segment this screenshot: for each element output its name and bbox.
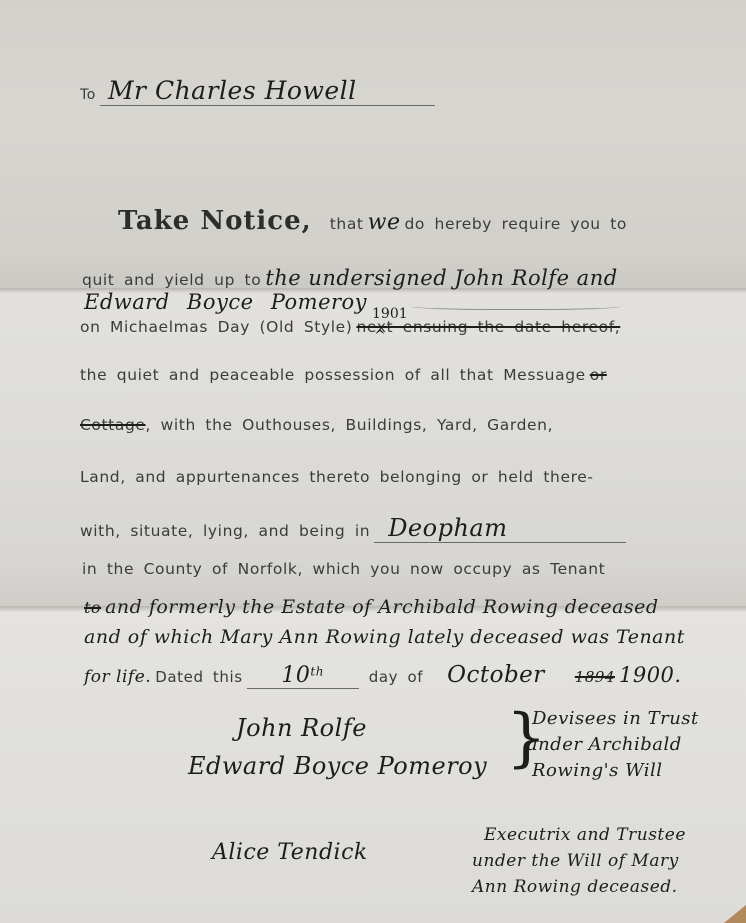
printed-text: do hereby require you to [404,215,627,233]
role-line: Ann Rowing deceased. [472,874,686,900]
body-line-2: quit and yield up to the undersigned Joh… [82,266,618,290]
handwritten-landlords-cont: Edward Boyce Pomeroy [84,290,367,314]
struck-text: or [590,366,607,384]
caret-mark-icon: ^ [374,328,386,344]
body-line-3: Edward Boyce Pomeroy [84,290,621,314]
role-line: under Archibald [526,732,699,758]
wavy-fill-line [411,301,621,310]
devisees-role: Devisees in Trust under Archibald Rowing… [532,706,699,784]
signature: John Rolfe [236,714,367,742]
printed-text: Land, and appurtenances thereto belongin… [80,468,594,486]
handwritten-landlords: the undersigned John Rolfe and [265,266,617,290]
addressee-name: Mr Charles Howell [100,76,357,105]
place-field: Deopham [374,514,626,543]
struck-text: Cottage [80,416,146,434]
notice-heading-line: Take Notice, that we do hereby require y… [118,206,627,236]
struck-year: 1894 [575,668,615,686]
handwritten-for-life: for life. [84,667,151,687]
handwritten-text: we [368,210,401,235]
day-field: 10th [247,663,359,689]
inserted-year: 1901 [372,306,408,322]
struck-text: to [84,598,101,617]
dated-day: 10 [281,663,310,688]
role-line: under the Will of Mary [472,848,686,874]
signature: Alice Tendick [212,840,368,865]
signature-executrix: Alice Tendick [212,840,368,865]
role-line: Devisees in Trust [532,706,699,732]
handwritten-place: Deopham [374,514,507,542]
addressee-prefix: To [80,87,96,103]
body-line-8: with, situate, lying, and being in Deoph… [80,514,626,543]
role-line: Rowing's Will [532,758,699,784]
signature-john-rolfe: John Rolfe [236,714,367,742]
paper-document: To Mr Charles Howell Take Notice, that w… [0,0,746,923]
body-line-5: the quiet and peaceable possession of al… [80,366,607,385]
printed-text: with, situate, lying, and being in [80,522,370,540]
printed-text: on Michaelmas Day (Old Style) [80,318,352,336]
handwritten-tenant: and of which Mary Ann Rowing lately dece… [84,626,685,648]
dated-label: Dated this [155,668,243,686]
body-line-4: on Michaelmas Day (Old Style) next ensui… [80,318,620,337]
body-line-10: to and formerly the Estate of Archibald … [84,596,659,618]
body-line-9: in the County of Norfolk, which you now … [82,560,605,579]
dated-day-suffix: th [310,665,324,679]
addressee-field: Mr Charles Howell [100,76,435,106]
body-line-7: Land, and appurtenances thereto belongin… [80,468,594,487]
dated-month: October [447,662,545,688]
day-of-label: day of [369,668,423,686]
body-line-6: Cottage, with the Outhouses, Buildings, … [80,416,553,435]
printed-text: the quiet and peaceable possession of al… [80,366,586,384]
printed-text: quit and yield up to [82,271,261,289]
addressee-line: To Mr Charles Howell [80,76,435,106]
role-line: Executrix and Trustee [484,822,686,848]
dated-line: for life. Dated this 10th day of October… [84,662,682,689]
notice-heading: Take Notice, [118,206,312,236]
printed-text: , with the Outhouses, Buildings, Yard, G… [146,416,554,434]
signature: Edward Boyce Pomeroy [188,752,487,780]
printed-text: in the County of Norfolk, which you now … [82,560,605,578]
dated-year: 1900. [619,663,682,687]
table-corner [724,905,746,923]
printed-text: that [330,215,364,233]
handwritten-estate: and formerly the Estate of Archibald Row… [105,596,659,618]
signature-edward-pomeroy: Edward Boyce Pomeroy [188,752,487,780]
body-line-11: and of which Mary Ann Rowing lately dece… [84,626,685,648]
executrix-role: Executrix and Trustee under the Will of … [472,822,686,900]
